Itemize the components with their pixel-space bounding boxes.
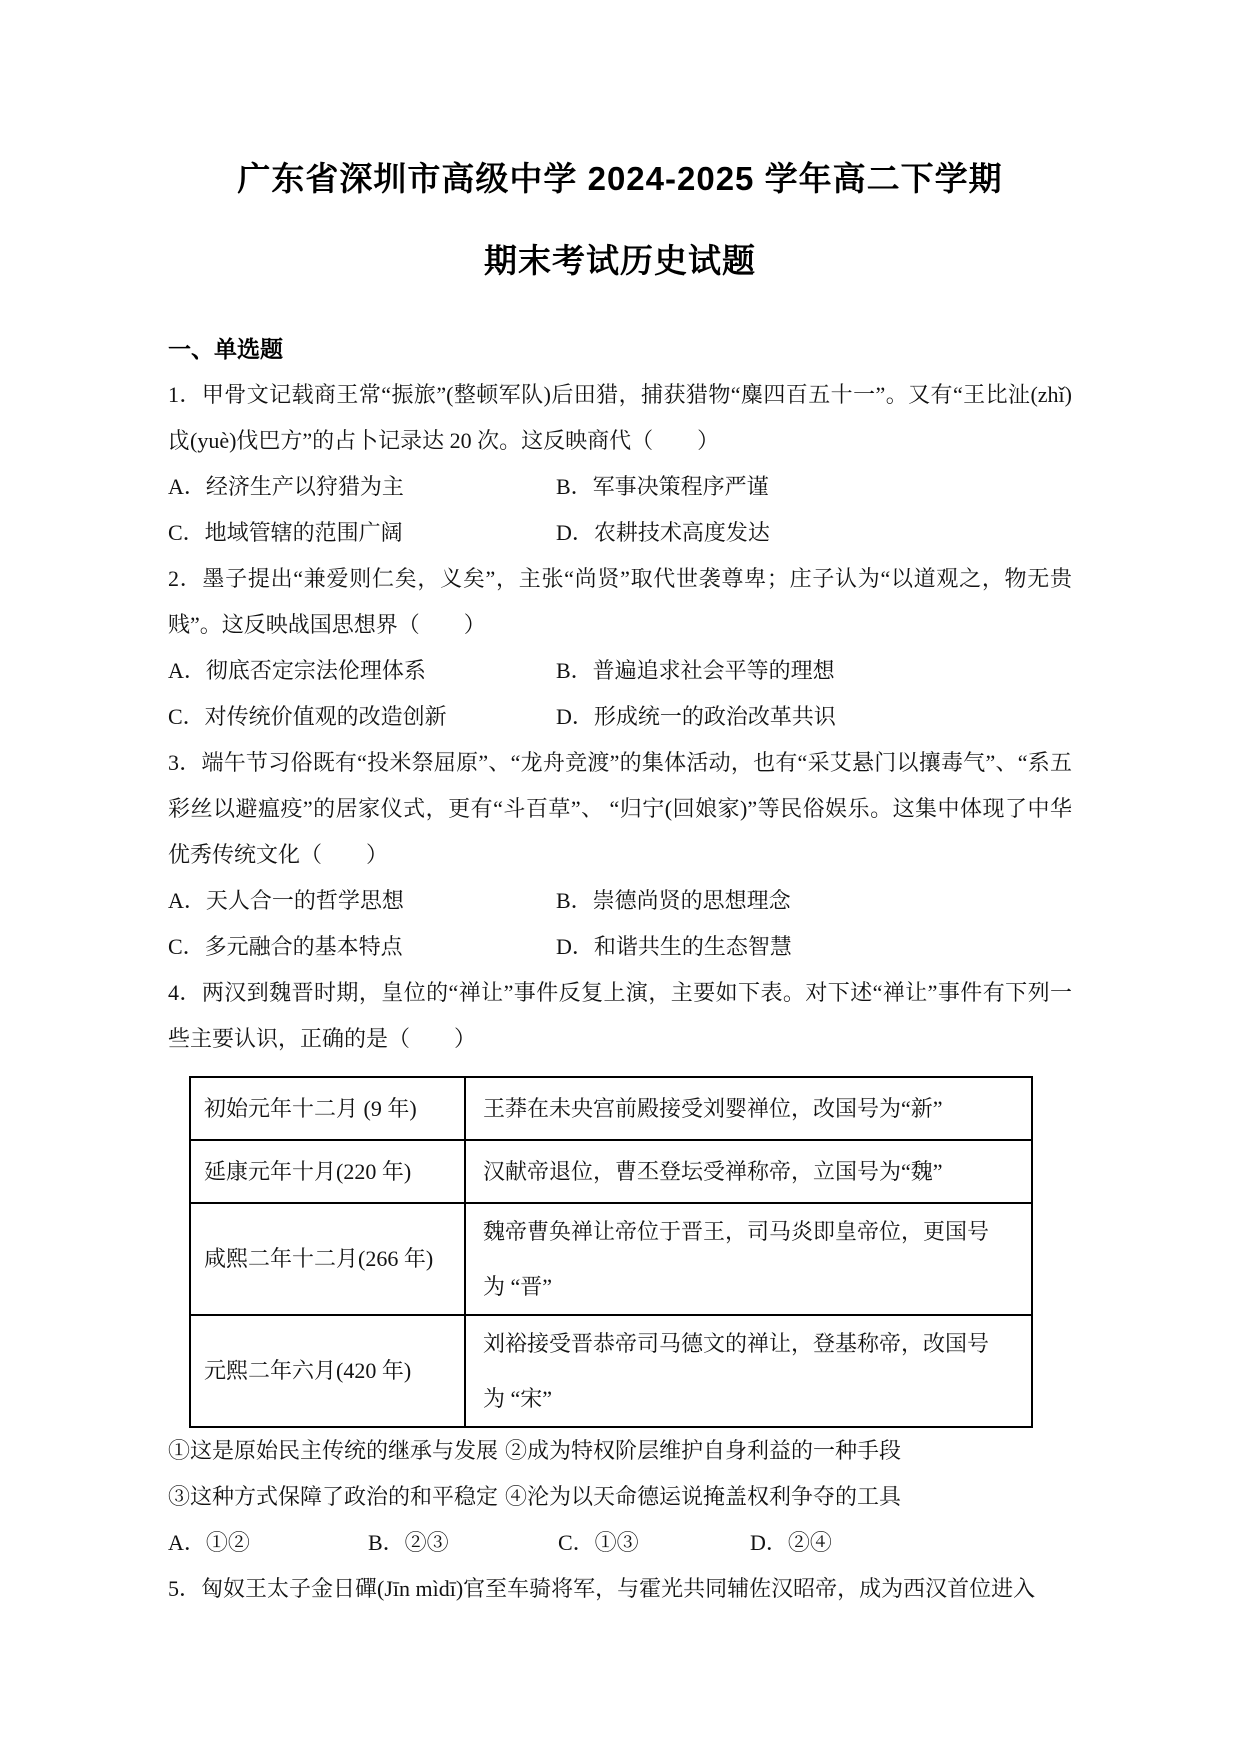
question-1-stem: 1．甲骨文记载商王常“振旅”(整顿军队)后田猎，捕获猎物“麋四百五十一”。又有“… <box>168 372 1072 464</box>
question-2-stem: 2．墨子提出“兼爱则仁矣，义矣”，主张“尚贤”取代世袭尊卑；庄子认为“以道观之，… <box>168 556 1072 648</box>
question-4-option-c: C．①③ <box>558 1520 750 1566</box>
cell-date: 元熙二年六月(420 年) <box>190 1315 465 1427</box>
question-1-option-d: D．农耕技术高度发达 <box>556 510 1072 556</box>
table-row: 咸熙二年十二月(266 年) 魏帝曹奂禅让帝位于晋王，司马炎即皇帝位，更国号为 … <box>190 1203 1032 1315</box>
question-4-option-a: A．①② <box>168 1520 368 1566</box>
question-3-options-row-ab: A．天人合一的哲学思想 B．崇德尚贤的思想理念 <box>168 878 1072 924</box>
question-4-statements-row-2: ③这种方式保障了政治的和平稳定 ④沦为以天命德运说掩盖权利争夺的工具 <box>168 1474 1072 1520</box>
question-3-stem: 3．端午节习俗既有“投米祭屈原”、“龙舟竞渡”的集体活动，也有“采艾悬门以攘毒气… <box>168 740 1072 878</box>
question-3-options-row-cd: C．多元融合的基本特点 D．和谐共生的生态智慧 <box>168 924 1072 970</box>
question-1-options-row-cd: C．地域管辖的范围广阔 D．农耕技术高度发达 <box>168 510 1072 556</box>
question-2-option-a: A．彻底否定宗法伦理体系 <box>168 648 556 694</box>
shanrang-events-table: 初始元年十二月 (9 年) 王莽在未央宫前殿接受刘婴禅位，改国号为“新” 延康元… <box>189 1076 1033 1428</box>
exam-content: 一、单选题 1．甲骨文记载商王常“振旅”(整顿军队)后田猎，捕获猎物“麋四百五十… <box>0 326 1240 1612</box>
cell-date: 延康元年十月(220 年) <box>190 1140 465 1203</box>
question-4-option-b: B．②③ <box>368 1520 558 1566</box>
table-row: 延康元年十月(220 年) 汉献帝退位，曹丕登坛受禅称帝，立国号为“魏” <box>190 1140 1032 1203</box>
page-title-line2: 期末考试历史试题 <box>0 237 1240 285</box>
page-title-line1: 广东省深圳市高级中学 2024-2025 学年高二下学期 <box>0 155 1240 203</box>
question-1-option-a: A．经济生产以狩猎为主 <box>168 464 556 510</box>
question-2-options-row-cd: C．对传统价值观的改造创新 D．形成统一的政治改革共识 <box>168 694 1072 740</box>
question-1-options-row-ab: A．经济生产以狩猎为主 B．军事决策程序严谨 <box>168 464 1072 510</box>
question-1-option-c: C．地域管辖的范围广阔 <box>168 510 556 556</box>
table-row: 初始元年十二月 (9 年) 王莽在未央宫前殿接受刘婴禅位，改国号为“新” <box>190 1077 1032 1140</box>
question-4-statements-row-1: ①这是原始民主传统的继承与发展 ②成为特权阶层维护自身利益的一种手段 <box>168 1428 1072 1474</box>
cell-event: 刘裕接受晋恭帝司马德文的禅让，登基称帝，改国号为 “宋” <box>465 1315 1032 1427</box>
cell-date: 咸熙二年十二月(266 年) <box>190 1203 465 1315</box>
cell-date: 初始元年十二月 (9 年) <box>190 1077 465 1140</box>
cell-event: 汉献帝退位，曹丕登坛受禅称帝，立国号为“魏” <box>465 1140 1032 1203</box>
statement-4: ④沦为以天命德运说掩盖权利争夺的工具 <box>505 1474 1072 1520</box>
section-heading: 一、单选题 <box>168 326 1072 372</box>
question-4-options-row: A．①② B．②③ C．①③ D．②④ <box>168 1520 1072 1566</box>
statement-1: ①这是原始民主传统的继承与发展 <box>168 1428 505 1474</box>
question-5-stem: 5．匈奴王太子金日磾(Jīn mìdī)官至车骑将军，与霍光共同辅佐汉昭帝，成为… <box>168 1566 1072 1612</box>
statement-3: ③这种方式保障了政治的和平稳定 <box>168 1474 505 1520</box>
statement-2: ②成为特权阶层维护自身利益的一种手段 <box>505 1428 1072 1474</box>
question-4-option-d: D．②④ <box>750 1520 1072 1566</box>
cell-event: 王莽在未央宫前殿接受刘婴禅位，改国号为“新” <box>465 1077 1032 1140</box>
exam-page: 广东省深圳市高级中学 2024-2025 学年高二下学期 期末考试历史试题 一、… <box>0 0 1240 1754</box>
question-3-option-a: A．天人合一的哲学思想 <box>168 878 556 924</box>
table-row: 元熙二年六月(420 年) 刘裕接受晋恭帝司马德文的禅让，登基称帝，改国号为 “… <box>190 1315 1032 1427</box>
question-2-option-b: B．普遍追求社会平等的理想 <box>556 648 1072 694</box>
question-2-option-c: C．对传统价值观的改造创新 <box>168 694 556 740</box>
cell-event: 魏帝曹奂禅让帝位于晋王，司马炎即皇帝位，更国号为 “晋” <box>465 1203 1032 1315</box>
question-3-option-c: C．多元融合的基本特点 <box>168 924 556 970</box>
question-2-options-row-ab: A．彻底否定宗法伦理体系 B．普遍追求社会平等的理想 <box>168 648 1072 694</box>
question-4-stem: 4．两汉到魏晋时期，皇位的“禅让”事件反复上演，主要如下表。对下述“禅让”事件有… <box>168 970 1072 1062</box>
question-1-option-b: B．军事决策程序严谨 <box>556 464 1072 510</box>
question-3-option-d: D．和谐共生的生态智慧 <box>556 924 1072 970</box>
question-2-option-d: D．形成统一的政治改革共识 <box>556 694 1072 740</box>
question-3-option-b: B．崇德尚贤的思想理念 <box>556 878 1072 924</box>
